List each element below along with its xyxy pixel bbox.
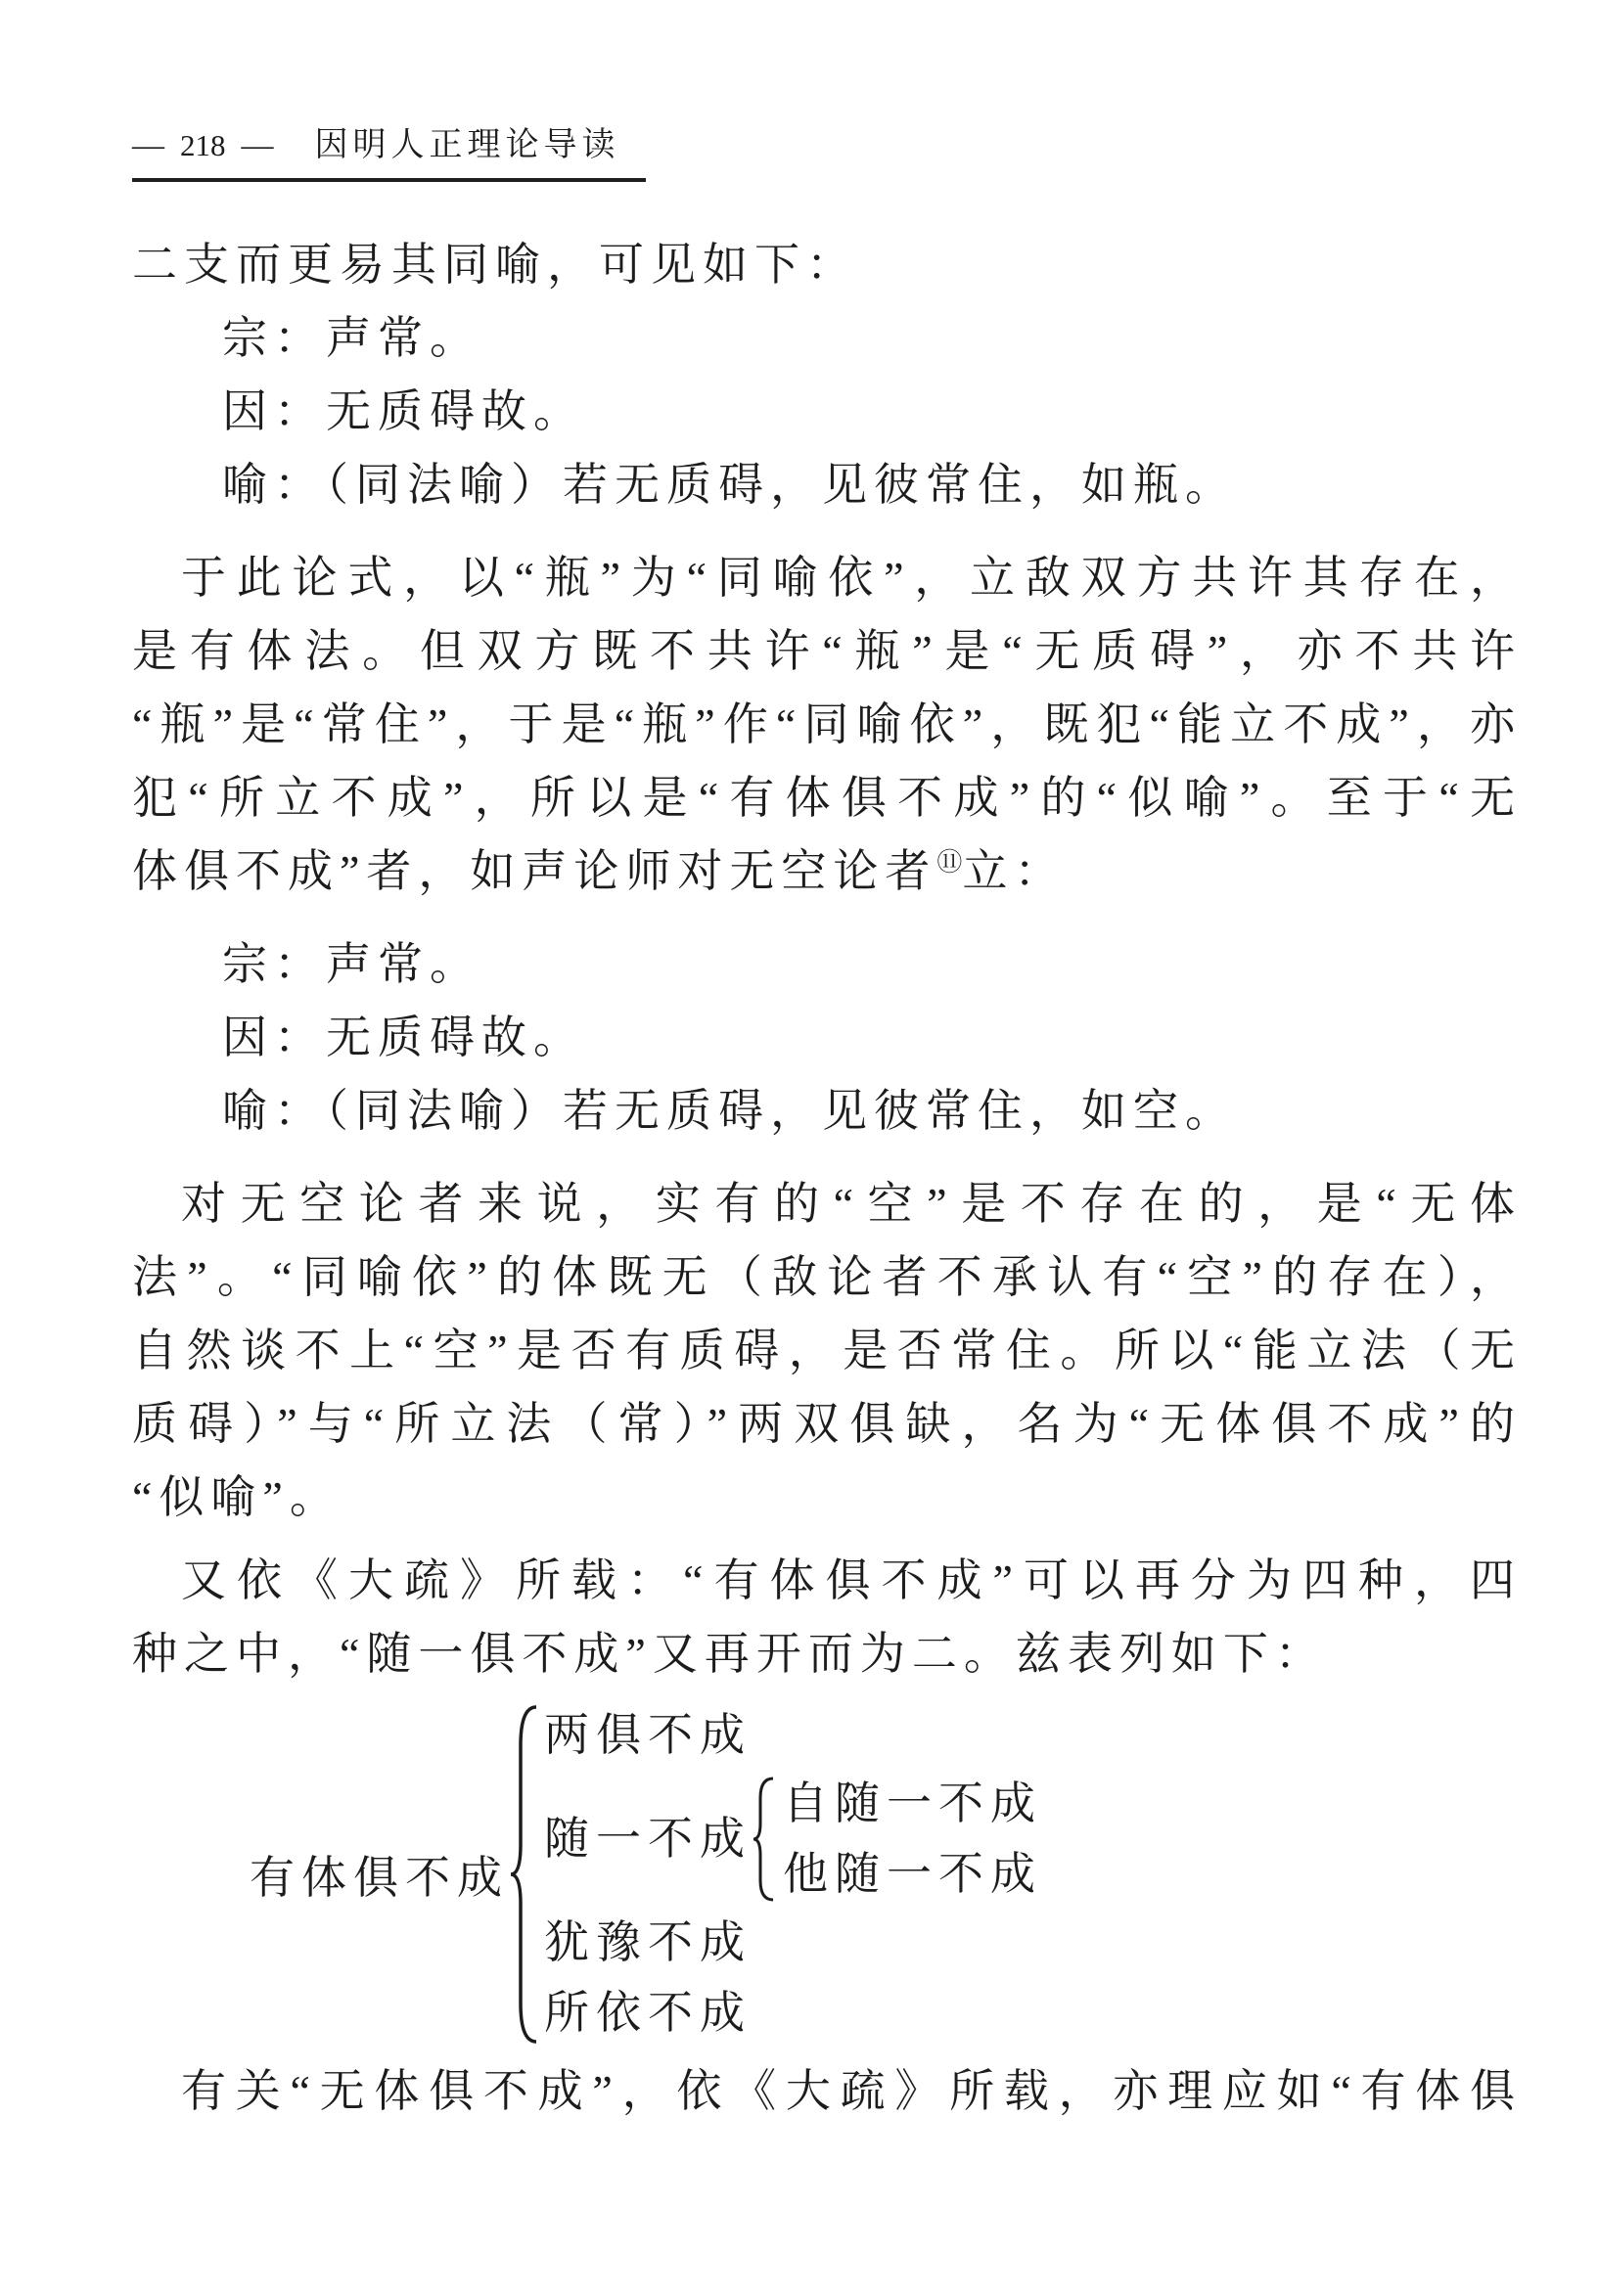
body-line-text: 体俱不成”者，如声论师对无空论者 xyxy=(132,846,936,896)
body-line: 二支而更易其同喻，可见如下： xyxy=(132,228,1522,301)
body-line: 质碍）”与“所立法（常）”两双俱缺，名为“无体俱不成”的 xyxy=(132,1387,1522,1461)
tree-branch-label: 所依不成 xyxy=(544,1984,1042,2043)
body-line: 犯“所立不成”，所以是“有体俱不成”的“似喻”。至于“无 xyxy=(132,761,1522,834)
footnote-marker: ⑪ xyxy=(936,848,962,877)
tree-branch-group: 随一不成 自随一不成 他随一不成 xyxy=(544,1777,1042,1902)
body-line: 种之中，“随一俱不成”又再开而为二。兹表列如下： xyxy=(132,1617,1522,1690)
book-title: 因明人正理论导读 xyxy=(315,125,620,166)
body-line: 宗：声常。 xyxy=(132,301,1522,375)
body-line: “瓶”是“常住”，于是“瓶”作“同喻依”，既犯“能立不成”，亦 xyxy=(132,688,1522,761)
body-line: 自然谈不上“空”是否有质碍，是否常住。所以“能立法（无 xyxy=(132,1314,1522,1387)
body-line: 是有体法。但双方既不共许“瓶”是“无质碍”，亦不共许 xyxy=(132,614,1522,688)
tree-subbranch-label: 自随一不成 xyxy=(783,1777,1042,1831)
body-line: 喻：（同法喻）若无质碍，见彼常住，如瓶。 xyxy=(132,448,1522,521)
book-page: — 218 — 因明人正理论导读 二支而更易其同喻，可见如下： 宗：声常。 因：… xyxy=(0,0,1597,2296)
body-line: 因：无质碍故。 xyxy=(132,1001,1522,1074)
tree-root-label: 有体俱不成 xyxy=(250,1842,509,1907)
body-line-with-footnote: 体俱不成”者，如声论师对无空论者⑪立： xyxy=(132,834,1522,908)
page-header: — 218 — 因明人正理论导读 xyxy=(132,125,646,182)
body-line: “似喻”。 xyxy=(132,1461,1522,1534)
body-line: 对无空论者来说，实有的“空”是不存在的，是“无体 xyxy=(132,1167,1522,1240)
tree-branch-label: 犹豫不成 xyxy=(544,1913,1042,1972)
page-body: 二支而更易其同喻，可见如下： 宗：声常。 因：无质碍故。 喻：（同法喻）若无质碍… xyxy=(0,228,1597,1690)
page-number: 218 xyxy=(180,125,226,166)
large-brace-icon xyxy=(509,1704,538,2045)
tree-subbranches: 自随一不成 他随一不成 xyxy=(783,1777,1042,1902)
closing-paragraph: 有关“无体俱不成”，依《大疏》所载，亦理应如“有体俱 xyxy=(0,2054,1597,2128)
header-dash-right: — xyxy=(242,125,274,166)
classification-tree: 有体俱不成 两俱不成 随一不成 自随一不成 他随一不成 犹豫不成 所依不成 xyxy=(250,1704,1597,2045)
body-line: 宗：声常。 xyxy=(132,927,1522,1001)
body-line-text: 立： xyxy=(962,846,1066,896)
tree-subbranch-label: 他随一不成 xyxy=(783,1847,1042,1902)
body-line: 喻：（同法喻）若无质碍，见彼常住，如空。 xyxy=(132,1074,1522,1148)
body-line: 于此论式，以“瓶”为“同喻依”，立敌双方共许其存在， xyxy=(132,541,1522,614)
body-line: 法”。“同喻依”的体既无（敌论者不承认有“空”的存在）， xyxy=(132,1240,1522,1314)
body-line: 有关“无体俱不成”，依《大疏》所载，亦理应如“有体俱 xyxy=(132,2054,1522,2128)
tree-branch-label: 两俱不成 xyxy=(544,1706,1042,1765)
body-line: 又依《大疏》所载：“有体俱不成”可以再分为四种，四 xyxy=(132,1544,1522,1617)
body-line: 因：无质碍故。 xyxy=(132,375,1522,448)
tree-branch-label: 随一不成 xyxy=(544,1810,752,1868)
small-brace-icon xyxy=(752,1777,775,1902)
tree-branches: 两俱不成 随一不成 自随一不成 他随一不成 犹豫不成 所依不成 xyxy=(544,1706,1042,2043)
header-dash-left: — xyxy=(132,125,164,166)
